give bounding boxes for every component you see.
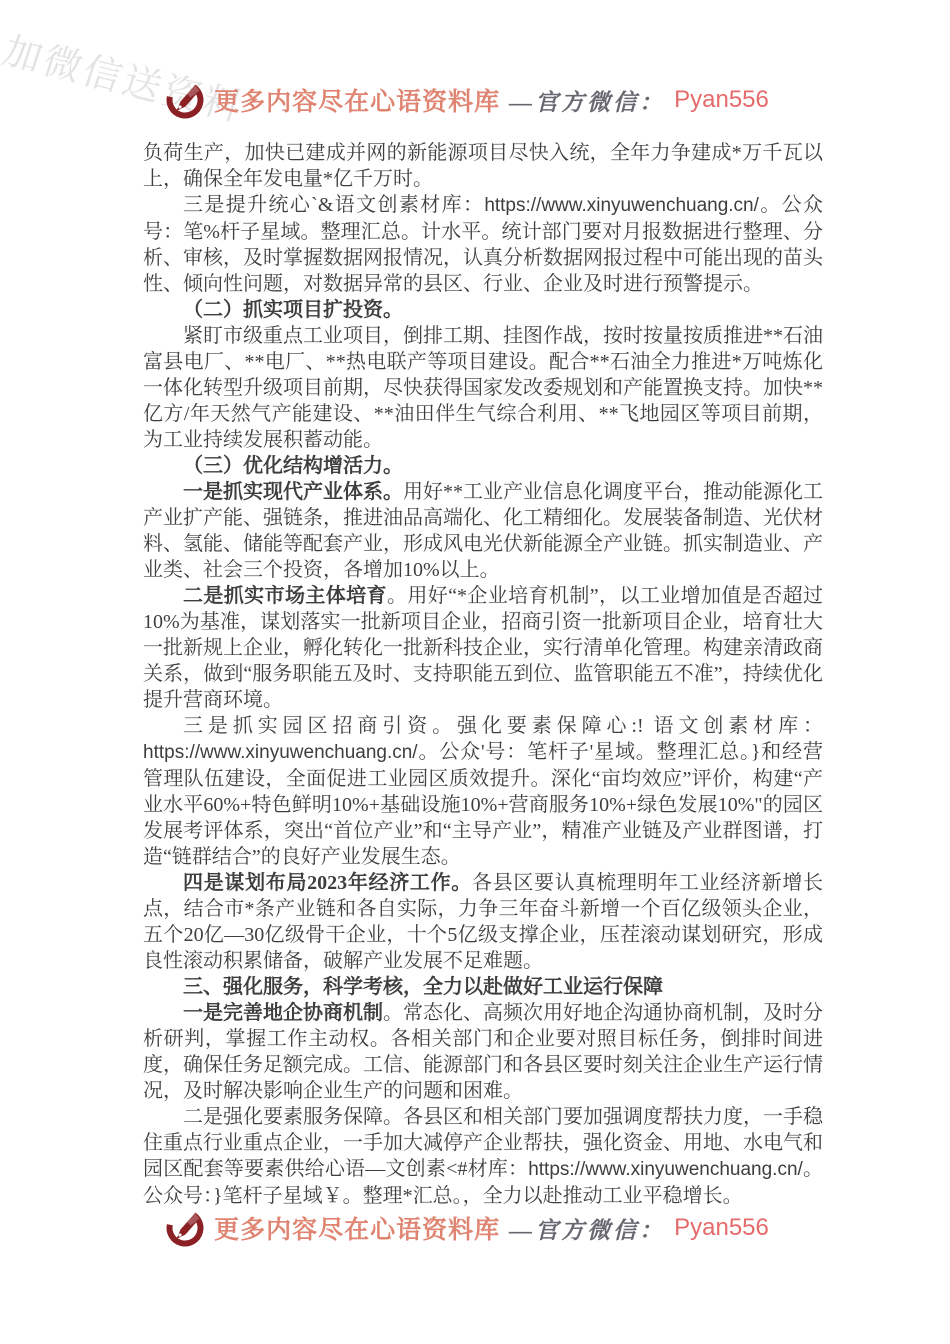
footer-brand-text: 更多内容尽在心语资料库 xyxy=(214,1210,500,1246)
pen-logo-icon xyxy=(165,1208,205,1248)
footer-wechat-label: —官方微信： xyxy=(509,1212,665,1245)
header-wechat-id: Pyan556 xyxy=(674,86,769,114)
paragraph-modern-industry: 一是抓实现代产业体系。用好**工业产业信息化调度平台，推动能源化工产业扩产能、强… xyxy=(143,479,823,583)
paragraph-2023-planning: 四是谋划布局2023年经济工作。各县区要认真梳理明年工业经济新增长点，结合市*条… xyxy=(143,870,823,974)
header-brand-text: 更多内容尽在心语资料库 xyxy=(214,82,500,118)
paragraph-text: 三是抓实园区招商引资。强化要素保障心:! 语文创素材库： xyxy=(183,715,823,737)
paragraph-key-projects: 紧盯市级重点工业项目，倒排工期、挂图作战，按时按量按质推进**石油富县电厂、**… xyxy=(143,323,823,453)
paragraph-market-entities: 二是抓实市场主体培育。用好“*企业培育机制”，以工业增加值是否超过10%为基准，… xyxy=(143,583,823,713)
heading-text: （二）抓实项目扩投资。 xyxy=(183,299,403,321)
paragraph-park-investment: 三是抓实园区招商引资。强化要素保障心:! 语文创素材库：https://www.… xyxy=(143,713,823,870)
paragraph-lead-bold: 一是完善地企协商机制 xyxy=(183,1002,383,1024)
paragraph-item-three-statistics: 三是提升统心`&语文创素材库：https://www.xinyuwenchuan… xyxy=(143,192,823,297)
document-body: 负荷生产，加快已建成并网的新能源项目尽快入统，全年力争建成*万千瓦以上，确保全年… xyxy=(143,140,823,1209)
heading-section-2: （二）抓实项目扩投资。 xyxy=(143,297,823,323)
header-wechat-label: —官方微信： xyxy=(509,84,665,117)
paragraph-text: 负荷生产，加快已建成并网的新能源项目尽快入统，全年力争建成*万千瓦以上，确保全年… xyxy=(143,142,823,190)
paragraph-service-guarantee: 二是强化要素服务保障。各县区和相关部门要加强调度帮扶力度，一手稳住重点行业重点企… xyxy=(143,1104,823,1209)
paragraph-lead-bold: 一是抓实现代产业体系。 xyxy=(183,481,403,503)
heading-section-3: （三）优化结构增活力。 xyxy=(143,453,823,479)
paragraph-continuation: 负荷生产，加快已建成并网的新能源项目尽快入统，全年力争建成*万千瓦以上，确保全年… xyxy=(143,140,823,192)
inline-url-text: https://www.xinyuwenchuang.cn/ xyxy=(528,1159,803,1180)
heading-text: 三、强化服务，科学考核，全力以赴做好工业运行保障 xyxy=(183,976,663,998)
paragraph-consultation-mechanism: 一是完善地企协商机制。常态化、高频次用好地企沟通协商机制，及时分析研判，掌握工作… xyxy=(143,1000,823,1104)
paragraph-lead-bold: 四是谋划布局2023年经济工作。 xyxy=(183,872,472,894)
paragraph-text: 紧盯市级重点工业项目，倒排工期、挂图作战，按时按量按质推进**石油富县电厂、**… xyxy=(143,325,823,451)
paragraph-text: 三是提升统心`&语文创素材库： xyxy=(183,194,484,216)
document-page: 加微信送资料 更多内容尽在心语资料库 —官方微信： Pyan556 负荷生产，加… xyxy=(0,0,950,1344)
heading-text: （三）优化结构增活力。 xyxy=(183,455,403,477)
pen-logo-icon xyxy=(165,80,205,120)
footer-brand-bar: 更多内容尽在心语资料库 —官方微信： Pyan556 xyxy=(0,1208,942,1248)
header-brand-bar: 更多内容尽在心语资料库 —官方微信： Pyan556 xyxy=(0,80,942,120)
paragraph-lead-bold: 二是抓实市场主体培育 xyxy=(183,585,387,607)
inline-url-text: https://www.xinyuwenchuang.cn/ xyxy=(143,742,418,763)
footer-wechat-id: Pyan556 xyxy=(674,1214,769,1242)
heading-part-three: 三、强化服务，科学考核，全力以赴做好工业运行保障 xyxy=(143,974,823,1000)
inline-url-text: https://www.xinyuwenchuang.cn/ xyxy=(484,195,759,216)
